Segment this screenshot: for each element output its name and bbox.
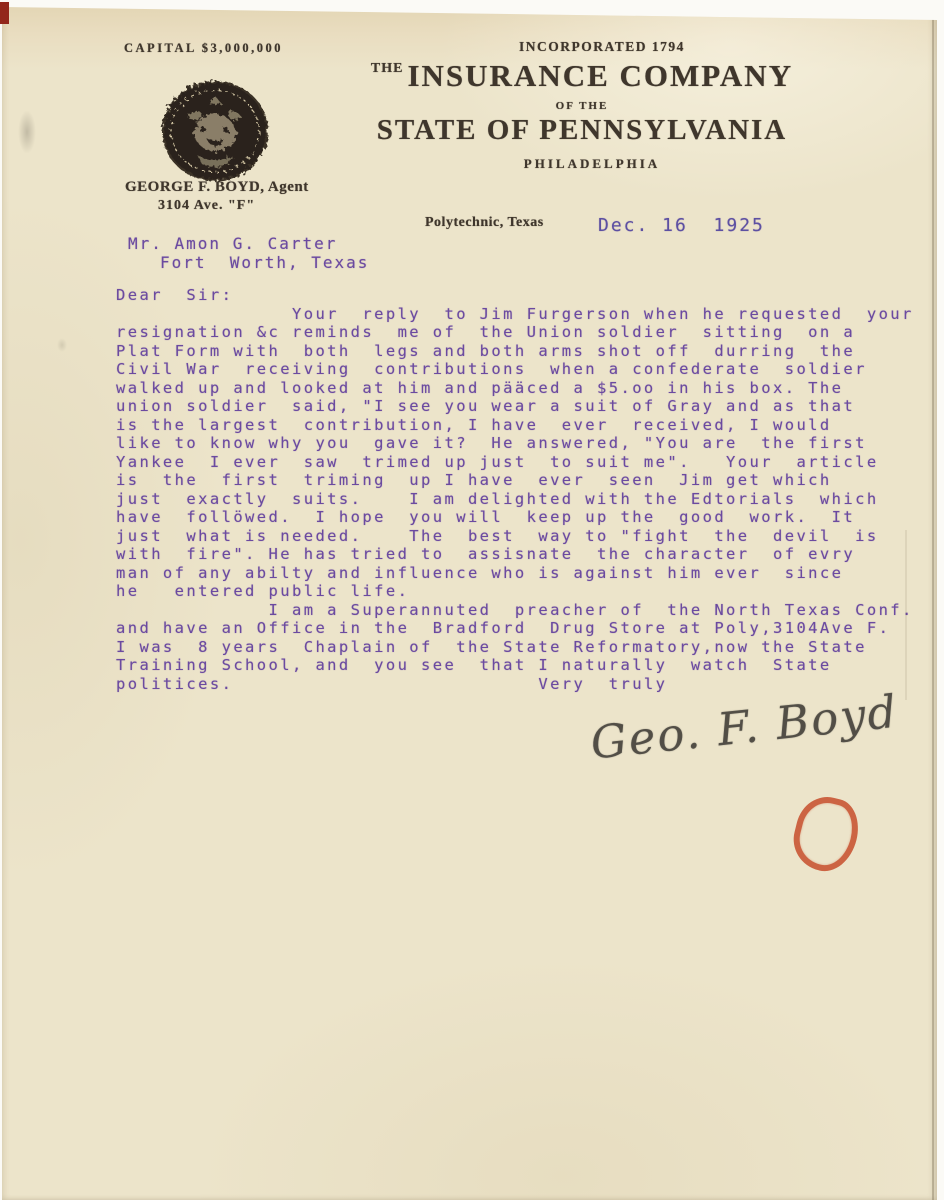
typed-line: Your reply to Jim Furgerson when he requ…: [116, 305, 944, 324]
typed-line: Training School, and you see that I natu…: [116, 656, 944, 675]
capital-line: CAPITAL $3,000,000: [124, 41, 283, 56]
typed-line: Plat Form with both legs and both arms s…: [116, 342, 944, 361]
typed-line: Dear Sir:: [116, 286, 944, 305]
typed-line: union soldier said, "I see you wear a su…: [116, 397, 944, 416]
typed-line: I am a Superannuted preacher of the Nort…: [116, 601, 944, 620]
state-line: STATE OF PENNSYLVANIA: [322, 114, 842, 147]
typed-line: like to know why you gave it? He answere…: [116, 434, 944, 453]
typed-line: is the largest contribution, I have ever…: [116, 416, 944, 435]
paper-edge: [932, 16, 934, 1200]
typed-line: just what is needed. The best way to "fi…: [116, 527, 944, 546]
typed-line: is the first triming up I have ever seen…: [116, 471, 944, 490]
scan-smudge: [57, 338, 67, 352]
typed-line: he entered public life.: [116, 582, 944, 601]
typed-line: Yankee I ever saw trimed up just to suit…: [116, 453, 944, 472]
recipient-city: Fort Worth, Texas: [160, 253, 369, 272]
incorporated-line: INCORPORATED 1794: [472, 39, 732, 55]
typed-line: just exactly suits. I am delighted with …: [116, 490, 944, 509]
typed-line: have follöwed. I hope you will keep up t…: [116, 508, 944, 527]
typed-line: and have an Office in the Bradford Drug …: [116, 619, 944, 638]
typed-line: Civil War receiving contributions when a…: [116, 360, 944, 379]
date-line: Dec. 16 1925: [598, 215, 765, 236]
typed-line: with fire". He has tried to assisnate th…: [116, 545, 944, 564]
company-name-line: THEINSURANCE COMPANY: [332, 58, 832, 94]
handwritten-signature: Geo. F. Boyd: [588, 683, 912, 769]
scanned-letter-page: { "colors": { "paper": "#ece4ca", "print…: [0, 0, 944, 1200]
recipient-name: Mr. Amon G. Carter: [128, 234, 337, 253]
city-line: PHILADELPHIA: [332, 156, 852, 172]
company-name: INSURANCE COMPANY: [407, 58, 793, 93]
typed-line: politices. Very truly: [116, 675, 944, 694]
typed-line: walked up and looked at him and pääced a…: [116, 379, 944, 398]
typed-line: I was 8 years Chaplain of the State Refo…: [116, 638, 944, 657]
typed-line: resignation &c reminds me of the Union s…: [116, 323, 944, 342]
of-the-line: OF THE: [332, 100, 832, 112]
company-seal-icon: [158, 78, 272, 186]
paper-sheet: CAPITAL $3,000,000 INCORPORATED 1794 THE…: [2, 0, 937, 1200]
office-location: Polytechnic, Texas: [425, 215, 544, 231]
scan-smudge: [18, 110, 36, 154]
company-the-prefix: THE: [371, 61, 404, 76]
agent-address: 3104 Ave. "F": [158, 198, 255, 214]
paper-crease: [905, 530, 907, 700]
typed-line: man of any abilty and influence who is a…: [116, 564, 944, 583]
scan-corner-mark: [0, 2, 9, 24]
red-circle-mark: [787, 791, 865, 878]
agent-name: GEORGE F. BOYD, Agent: [125, 179, 309, 196]
letter-body: Dear Sir: Your reply to Jim Furgerson wh…: [116, 286, 944, 693]
